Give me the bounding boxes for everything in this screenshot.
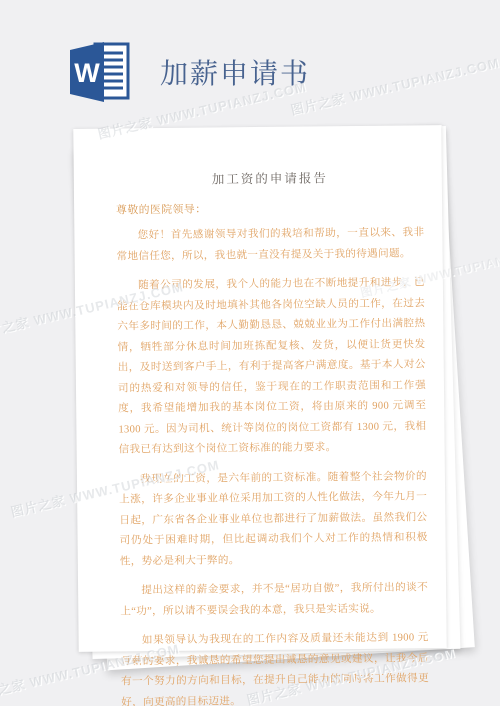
document-stack: 加工资的申请报告 尊敬的医院领导： 您好！首先感谢领导对我们的栽培和帮助，一直以…: [76, 127, 444, 650]
header: W 加薪申请书: [66, 40, 310, 104]
salutation: 尊敬的医院领导：: [116, 199, 424, 217]
paragraph: 如果领导认为我现在的工作内容及质量还未能达到 1900 元月薪的要求，我诚恳的希…: [121, 628, 430, 706]
page: 图片之家 WWW.TUPIANZJ.COM 图片之家 WWW.TUPIANZJ.…: [0, 0, 500, 706]
paragraph: 提出这样的薪金要求，并不是“居功自傲”，我所付出的谈不上“功”，所以请不要误会我…: [120, 578, 428, 622]
document-title: 加工资的申请报告: [116, 167, 424, 188]
word-icon: W: [66, 40, 134, 104]
page-title: 加薪申请书: [160, 52, 310, 92]
watermark: 图片之家 WWW.TUPIANZJ.COM: [289, 52, 500, 119]
paragraph: 随着公司的发展，我个人的能力也在不断地提升和进步，已能在仓库模块内及时地填补其他…: [117, 273, 427, 461]
svg-text:W: W: [74, 58, 100, 88]
paragraph: 您好！首先感谢领导对我们的栽培和帮助，一直以来、我非常地信任您，所以，我也就一直…: [116, 223, 424, 267]
paragraph: 我现在的工资，是六年前的工资标准。随着整个社会物价的上涨，许多企业事业单位采用加…: [119, 467, 428, 573]
document-page: 加工资的申请报告 尊敬的医院领导： 您好！首先感谢领导对我们的栽培和帮助，一直以…: [73, 125, 446, 652]
